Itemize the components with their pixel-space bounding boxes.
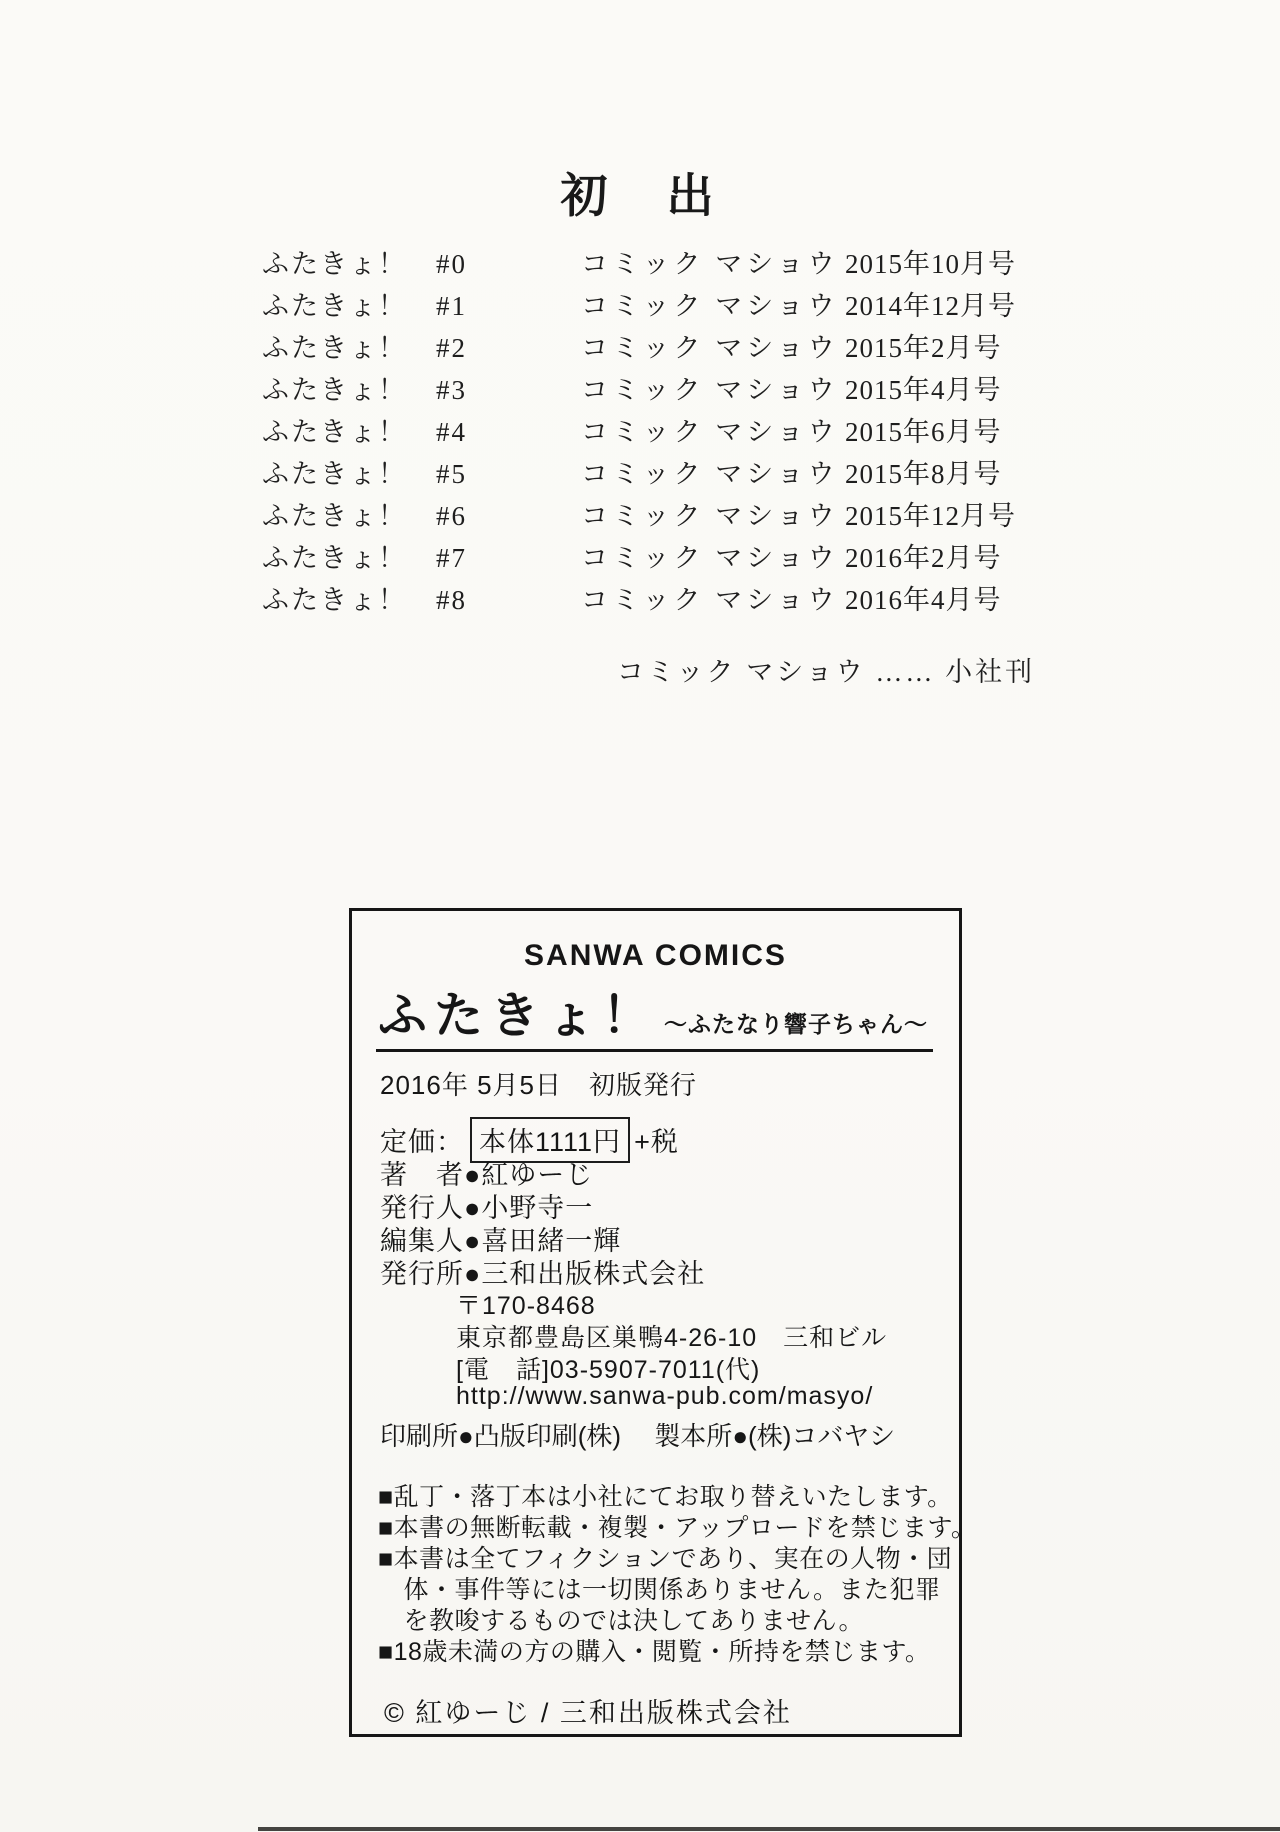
printer-credit: 製本所●(株)コバヤシ xyxy=(654,1421,895,1451)
colophon-box: SANWA COMICS ふたきょ！ ～ふたなり響子ちゃん～ 2016年 5月5… xyxy=(349,908,962,1737)
publication-row: ふたきょ！ #7 コミック マショウ 2016年2月号 xyxy=(0,536,1280,578)
scan-edge-artifact xyxy=(258,1827,1280,1831)
credit-role: 発行所 xyxy=(380,1259,464,1289)
book-title-row: ふたきょ！ ～ふたなり響子ちゃん～ xyxy=(378,977,928,1047)
credit-line: 編集人●喜田緒一輝 xyxy=(380,1219,705,1252)
publication-row: ふたきょ！ #6 コミック マショウ 2015年12月号 xyxy=(0,494,1280,536)
printer-name: 凸版印刷(株) xyxy=(474,1421,621,1451)
legal-notice-line: ■18歳未満の方の購入・閲覧・所持を禁じます。 xyxy=(378,1632,976,1663)
chapter-name: ふたきょ！ #3 xyxy=(262,368,467,407)
publication-row: ふたきょ！ #1 コミック マショウ 2014年12月号 xyxy=(0,284,1280,326)
chapter-name: ふたきょ！ #7 xyxy=(262,536,467,575)
credits-list: 著 者●紅ゆーじ 発行人●小野寺一 編集人●喜田緒一輝 発行所●三和出版株式会社 xyxy=(380,1153,705,1285)
publication-list: ふたきょ！ #0 コミック マショウ 2015年10月号 ふたきょ！ #1 コミ… xyxy=(0,242,1280,620)
publication-row: ふたきょ！ #3 コミック マショウ 2015年4月号 xyxy=(0,368,1280,410)
issue-date: 2014年12月号 xyxy=(845,284,1016,323)
chapter-name: ふたきょ！ #1 xyxy=(262,284,467,323)
issue-date: 2016年4月号 xyxy=(845,578,1002,617)
legal-notice-line: 体・事件等には一切関係ありません。また犯罪 xyxy=(378,1570,976,1601)
chapter-name: ふたきょ！ #2 xyxy=(262,326,467,365)
chapter-name: ふたきょ！ #0 xyxy=(262,242,467,281)
chapter-name: ふたきょ！ #4 xyxy=(262,410,467,449)
publication-row: ふたきょ！ #0 コミック マショウ 2015年10月号 xyxy=(0,242,1280,284)
magazine-name: コミック マショウ xyxy=(581,326,839,365)
publisher-detail-line: [電 話]03-5907-7011(代) xyxy=(456,1350,887,1382)
credit-line: 発行人●小野寺一 xyxy=(380,1186,705,1219)
chapter-name: ふたきょ！ #5 xyxy=(262,452,467,491)
series-label: SANWA COMICS xyxy=(352,939,959,973)
legal-notice-line: ■本書の無断転載・複製・アップロードを禁じます。 xyxy=(378,1508,976,1539)
credit-name: 三和出版株式会社 xyxy=(481,1259,705,1289)
magazine-name: コミック マショウ xyxy=(581,368,839,407)
magazine-name: コミック マショウ xyxy=(581,578,839,617)
magazine-footnote: コミック マショウ …… 小社刊 xyxy=(617,650,1035,689)
bullet-icon: ● xyxy=(458,1421,474,1451)
bullet-icon: ● xyxy=(732,1421,748,1451)
publication-row: ふたきょ！ #8 コミック マショウ 2016年4月号 xyxy=(0,578,1280,620)
publisher-detail-line: 〒170-8468 xyxy=(456,1286,887,1318)
issue-date: 2015年2月号 xyxy=(845,326,1002,365)
publication-row: ふたきょ！ #4 コミック マショウ 2015年6月号 xyxy=(0,410,1280,452)
magazine-name: コミック マショウ xyxy=(581,284,839,323)
legal-notice-line: ■本書は全てフィクションであり、実在の人物・団 xyxy=(378,1539,976,1570)
issue-date: 2015年8月号 xyxy=(845,452,1002,491)
colophon-page: 初 出 ふたきょ！ #0 コミック マショウ 2015年10月号 ふたきょ！ #… xyxy=(0,0,1280,1832)
issue-date: 2015年12月号 xyxy=(845,494,1016,533)
copyright-line: © 紅ゆーじ / 三和出版株式会社 xyxy=(384,1691,792,1730)
printer-role: 印刷所 xyxy=(380,1421,458,1451)
printer-line: 印刷所●凸版印刷(株) 製本所●(株)コバヤシ xyxy=(380,1416,921,1453)
bullet-icon: ● xyxy=(464,1259,481,1289)
book-title: ふたきょ！ xyxy=(378,977,658,1047)
magazine-name: コミック マショウ xyxy=(581,242,839,281)
chapter-name: ふたきょ！ #6 xyxy=(262,494,467,533)
edition-statement: 2016年 5月5日 初版発行 xyxy=(380,1065,697,1102)
printer-name: (株)コバヤシ xyxy=(748,1421,895,1451)
issue-date: 2015年10月号 xyxy=(845,242,1016,281)
publication-row: ふたきょ！ #5 コミック マショウ 2015年8月号 xyxy=(0,452,1280,494)
publisher-detail-line: http://www.sanwa-pub.com/masyo/ xyxy=(456,1382,887,1414)
legal-notice-line: を教唆するものでは決してありません。 xyxy=(378,1601,976,1632)
issue-date: 2015年4月号 xyxy=(845,368,1002,407)
printer-role: 製本所 xyxy=(654,1421,732,1451)
credit-line: 発行所●三和出版株式会社 xyxy=(380,1252,705,1285)
first-publication-title: 初 出 xyxy=(0,159,1280,226)
issue-date: 2015年6月号 xyxy=(845,410,1002,449)
title-divider xyxy=(376,1049,933,1052)
publication-row: ふたきょ！ #2 コミック マショウ 2015年2月号 xyxy=(0,326,1280,368)
magazine-name: コミック マショウ xyxy=(581,452,839,491)
magazine-name: コミック マショウ xyxy=(581,494,839,533)
book-subtitle: ～ふたなり響子ちゃん～ xyxy=(664,1006,928,1039)
magazine-name: コミック マショウ xyxy=(581,410,839,449)
magazine-name: コミック マショウ xyxy=(581,536,839,575)
chapter-name: ふたきょ！ #8 xyxy=(262,578,467,617)
issue-date: 2016年2月号 xyxy=(845,536,1002,575)
legal-notice-line: ■乱丁・落丁本は小社にてお取り替えいたします。 xyxy=(378,1477,976,1508)
publisher-details: 〒170-8468 東京都豊島区巣鴨4-26-10 三和ビル [電 話]03-5… xyxy=(456,1286,887,1414)
publisher-detail-line: 東京都豊島区巣鴨4-26-10 三和ビル xyxy=(456,1318,887,1350)
printer-credit: 印刷所●凸版印刷(株) xyxy=(380,1421,628,1451)
credit-line: 著 者●紅ゆーじ xyxy=(380,1153,705,1186)
legal-notices: ■乱丁・落丁本は小社にてお取り替えいたします。 ■本書の無断転載・複製・アップロ… xyxy=(378,1477,976,1663)
